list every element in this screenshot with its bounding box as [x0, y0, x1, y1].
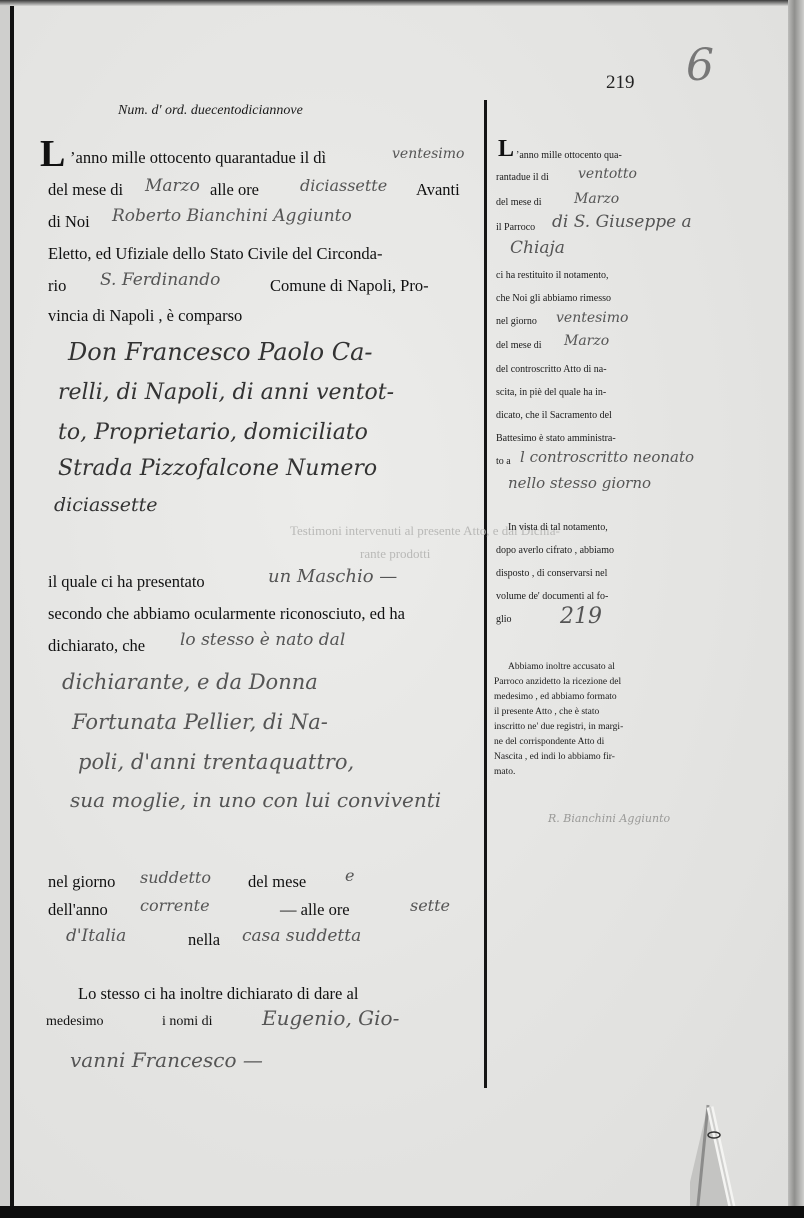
printed-line: nel giorno	[48, 872, 115, 892]
printed-line: Nascita , ed indi lo abbiamo fir-	[494, 752, 615, 762]
handwritten-birth-year: corrente	[140, 896, 210, 915]
printed-line: Avanti	[416, 180, 460, 200]
handwritten-given-names: Eugenio, Gio-	[262, 1006, 399, 1030]
printed-line: disposto , di conservarsi nel	[496, 568, 607, 579]
handwritten-parents: Fortunata Pellier, di Na-	[72, 710, 328, 734]
printed-line: dell'anno	[48, 900, 108, 920]
handwritten-parish: di S. Giuseppe a	[552, 212, 692, 232]
handwritten-sex: un Maschio —	[268, 566, 397, 587]
register-page: Num. d' ord. duecentodiciannove 219 6 L …	[0, 0, 804, 1218]
handwritten-sent-month: Marzo	[564, 333, 609, 349]
handwritten-return-day: ventotto	[578, 166, 637, 182]
printed-line: dicato, che il Sacramento del	[496, 410, 612, 421]
handwritten-baptized: nello stesso giorno	[508, 474, 651, 492]
printed-line: medesimo	[46, 1014, 104, 1030]
handwritten-official: Roberto Bianchini Aggiunto	[112, 206, 352, 226]
folio-number-printed: 219	[606, 72, 635, 94]
dropcap-left: L	[40, 132, 65, 176]
handwritten-given-names: vanni Francesco —	[70, 1048, 263, 1072]
printed-line: Eletto, ed Ufiziale dello Stato Civile d…	[48, 244, 383, 264]
handwritten-month: Marzo	[145, 176, 200, 196]
printed-line: il quale ci ha presentato	[48, 572, 205, 592]
order-number: Num. d' ord. duecentodiciannove	[118, 103, 303, 119]
printed-line: ’anno mille ottocento quarantadue il dì	[70, 148, 326, 168]
handwritten-parents: dichiarante, e da Donna	[62, 670, 318, 694]
printed-line: dichiarato, che	[48, 636, 145, 656]
handwritten-birth-month: e	[345, 866, 354, 885]
handwritten-parents: sua moglie, in uno con lui conviventi	[70, 788, 441, 812]
printed-line: In vista di tal notamento,	[508, 522, 608, 533]
column-divider	[484, 100, 487, 1088]
dropcap-right: L	[498, 136, 514, 163]
printed-line: del controscritto Atto di na-	[496, 364, 607, 375]
printed-line: ne del corrispondente Atto di	[494, 737, 604, 747]
folio-number-handwritten: 6	[686, 40, 714, 91]
handwritten-hour: diciassette	[300, 176, 387, 195]
bottom-shadow	[0, 1206, 804, 1218]
handwritten-born-of: lo stesso è nato dal	[180, 630, 345, 650]
printed-line: che Noi gli abbiamo rimesso	[496, 293, 611, 304]
printed-line: del mese di	[496, 340, 542, 351]
printed-line: del mese di	[496, 197, 542, 208]
printed-line: nella	[188, 930, 220, 950]
right-page-edge	[788, 0, 804, 1218]
printed-line: Lo stesso ci ha inoltre dichiarato di da…	[78, 984, 358, 1004]
printed-line: Battesimo è stato amministra-	[496, 433, 616, 444]
top-shadow	[0, 0, 804, 6]
printed-line: il presente Atto , che è stato	[494, 707, 599, 717]
handwritten-sent-day: ventesimo	[556, 310, 629, 326]
handwritten-birth-place: casa suddetta	[242, 926, 361, 946]
handwritten-signature: R. Bianchini Aggiunto	[548, 812, 670, 825]
printed-line: mato.	[494, 767, 515, 777]
handwritten-declarant: relli, di Napoli, di anni ventot-	[58, 380, 394, 405]
printed-line: del mese di	[48, 180, 123, 200]
printed-line: nel giorno	[496, 316, 537, 327]
printed-line: to a	[496, 456, 511, 467]
printed-line: ’anno mille ottocento qua-	[516, 150, 622, 161]
handwritten-baptized: l controscritto neonato	[520, 448, 694, 466]
handwritten-declarant: Don Francesco Paolo Ca-	[68, 338, 373, 366]
printed-line: del mese	[248, 872, 306, 892]
printed-line: rantadue il di	[496, 172, 549, 183]
handwritten-day: ventesimo	[392, 146, 465, 162]
printed-line: medesimo , ed abbiamo formato	[494, 692, 617, 702]
printed-line: alle ore	[210, 180, 259, 200]
handwritten-parents: poli, d'anni trentaquattro,	[78, 750, 354, 774]
printed-line: — alle ore	[280, 900, 350, 920]
printed-line: secondo che abbiamo ocularmente riconosc…	[48, 604, 405, 624]
printed-line: Abbiamo inoltre accusato al	[508, 662, 615, 672]
paper-clip-icon	[690, 1095, 740, 1218]
printed-line: rio	[48, 276, 66, 296]
printed-line: scita, in piè del quale ha in-	[496, 387, 606, 398]
printed-line: ci ha restituito il notamento,	[496, 270, 608, 281]
handwritten-declarant: Strada Pizzofalcone Numero	[58, 456, 377, 481]
handwritten-declarant: diciassette	[54, 494, 158, 516]
printed-line: dopo averlo cifrato , abbiamo	[496, 545, 614, 556]
printed-line: vincia di Napoli , è comparso	[48, 306, 242, 326]
handwritten-birth-hour: sette	[410, 896, 450, 915]
left-page-border	[10, 0, 14, 1210]
printed-line: glio	[496, 614, 512, 625]
printed-line: inscritto ne' due registri, in margi-	[494, 722, 623, 732]
handwritten-folio: 219	[560, 604, 602, 629]
handwritten-birth-day: suddetto	[140, 868, 211, 887]
printed-line: Parroco anzidetto la ricezione del	[494, 677, 621, 687]
printed-line: Comune di Napoli, Pro-	[270, 276, 429, 296]
show-through-text: rante prodotti	[360, 546, 430, 562]
printed-line: il Parroco	[496, 222, 535, 233]
handwritten-declarant: to, Proprietario, domiciliato	[58, 420, 368, 445]
handwritten-return-month: Marzo	[574, 191, 619, 207]
handwritten-district: S. Ferdinando	[100, 270, 220, 290]
handwritten-parish: Chiaja	[510, 238, 565, 258]
printed-line: i nomi di	[162, 1014, 213, 1030]
printed-line: di Noi	[48, 212, 90, 232]
printed-line: volume de' documenti al fo-	[496, 591, 608, 602]
handwritten-birth-hour-suffix: d'Italia	[66, 926, 126, 946]
